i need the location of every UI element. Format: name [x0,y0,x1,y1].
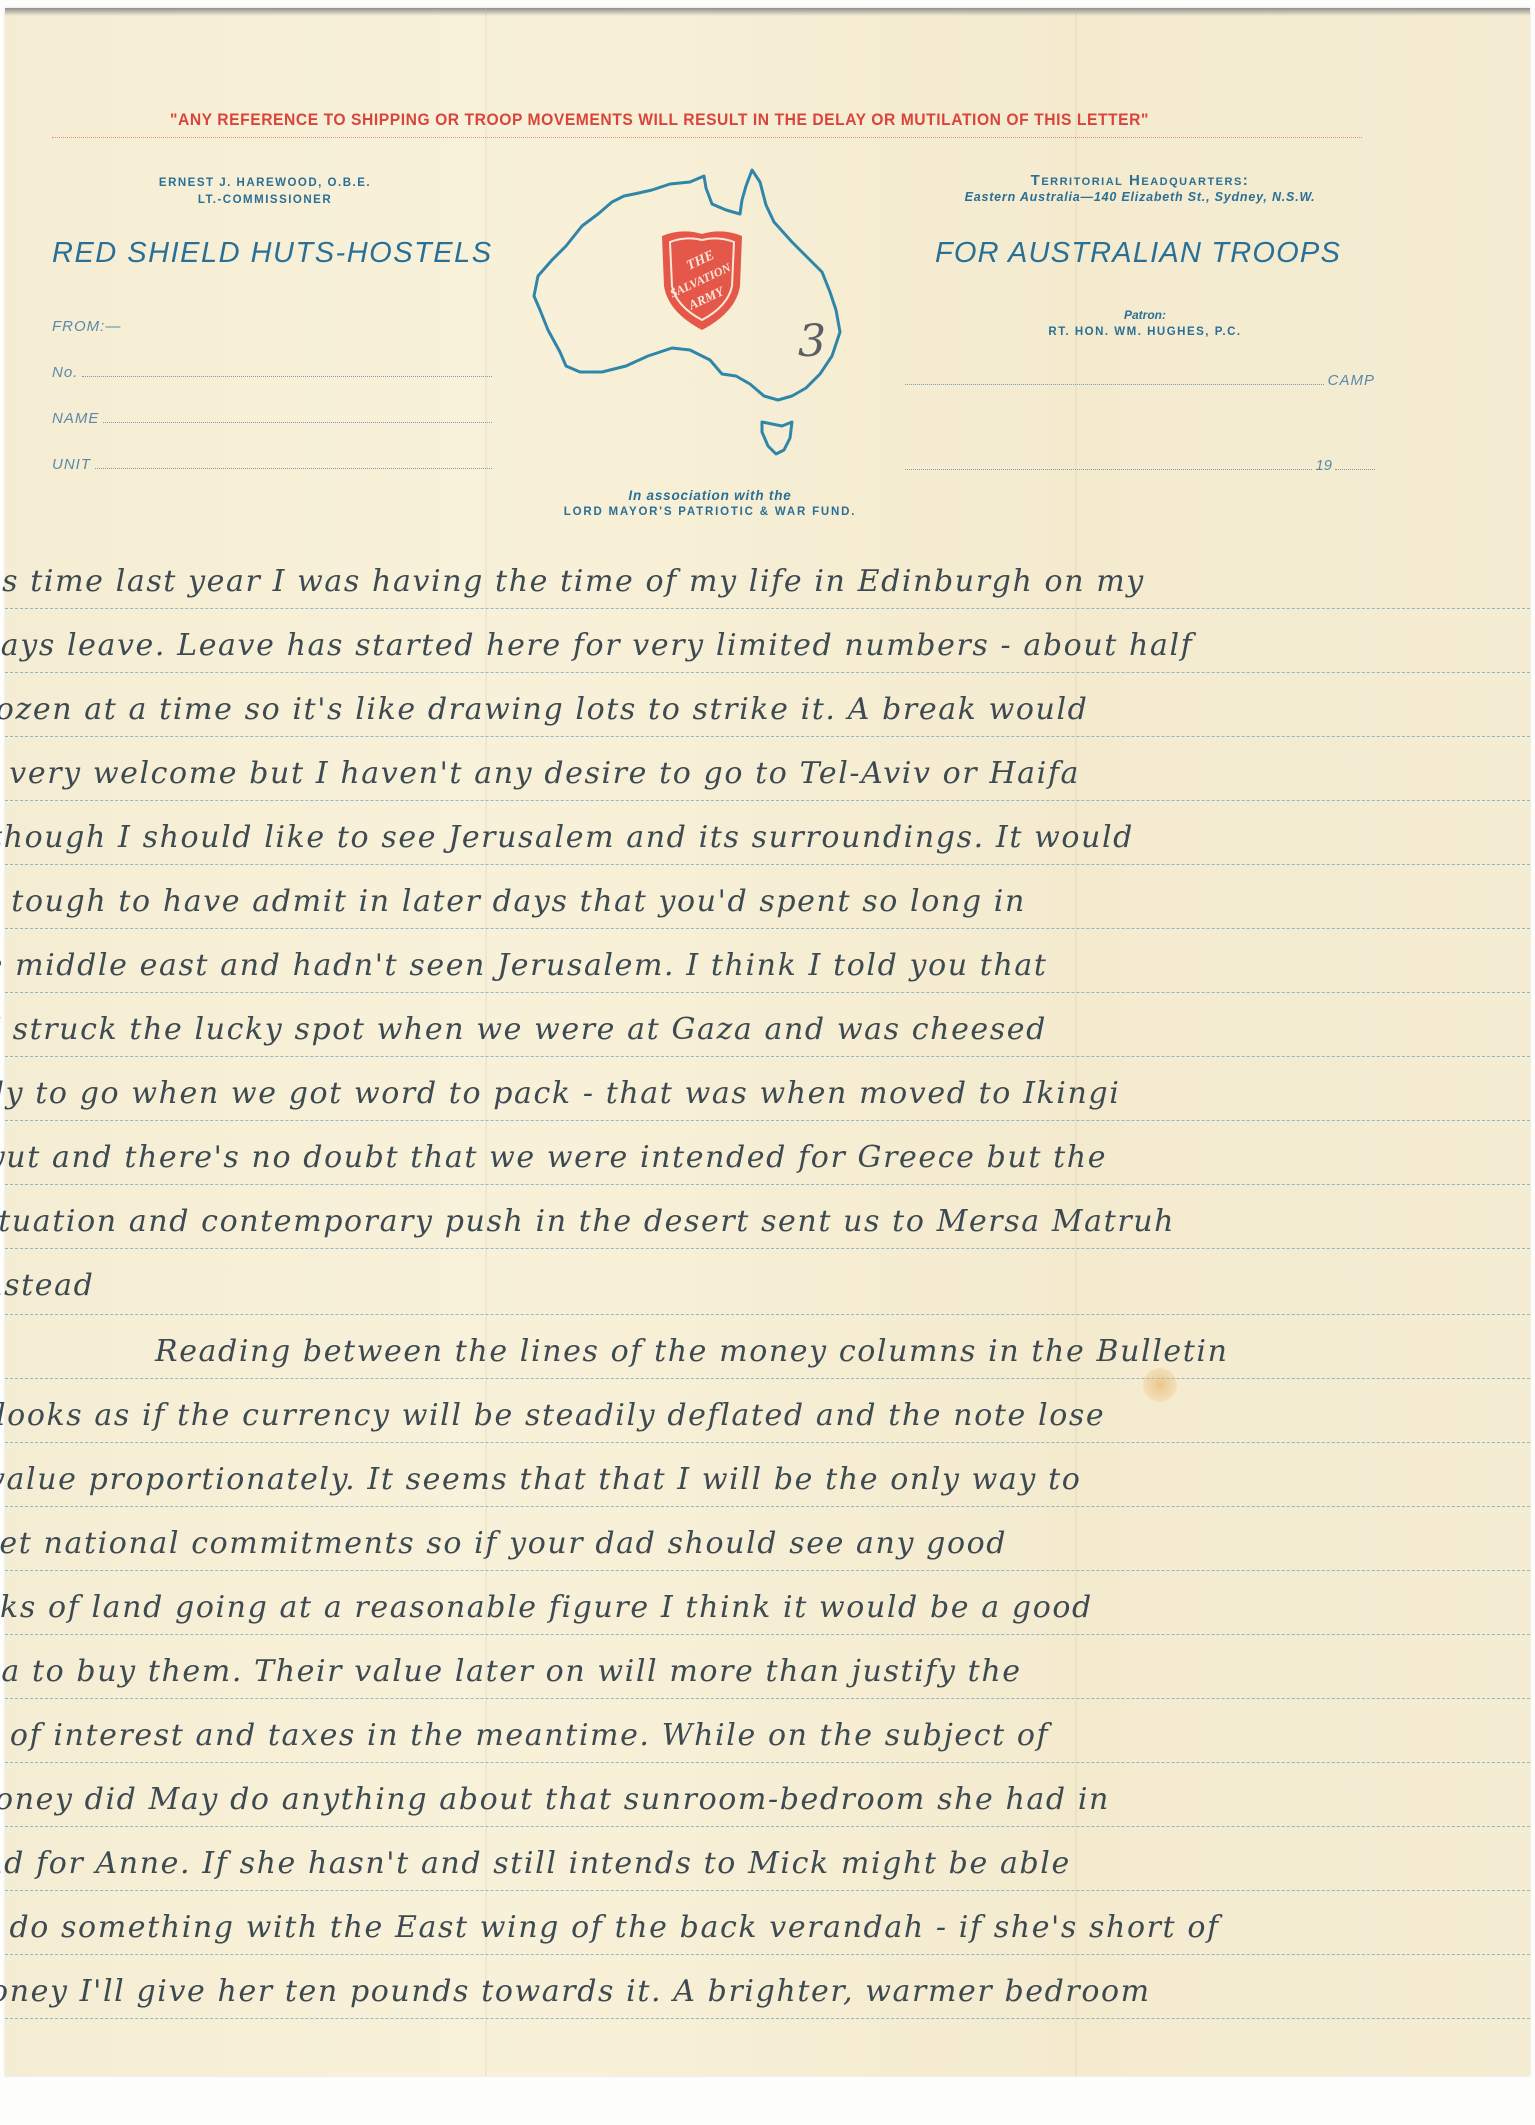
handwritten-line: instead [0,1254,1507,1318]
handwritten-line: be very welcome but I haven't any desire… [0,742,1493,806]
hq-title: Territorial Headquarters: [905,172,1375,189]
headquarters-block: Territorial Headquarters: Eastern Austra… [905,172,1375,206]
date-field: 19 [905,457,1375,474]
handwritten-line: blocks of land going at a reasonable fig… [0,1576,1465,1640]
handwritten-line: his time last year I was having the time… [0,550,1505,614]
officer-name: ERNEST J. HAREWOOD, O.B.E. [100,175,430,192]
handwritten-line: cost of interest and taxes in the meanti… [0,1704,1465,1768]
unit-field-line [95,467,492,469]
patron-name: RT. HON. WM. HUGHES, P.C. [990,324,1300,341]
handwritten-line: money I'll give her ten pounds towards i… [0,1960,1495,2024]
handwritten-line: meet national commitments so if your dad… [0,1512,1485,1576]
patron-block: Patron: RT. HON. WM. HUGHES, P.C. [990,307,1300,341]
handwritten-line: Reading between the lines of the money c… [0,1320,1535,1384]
camp-field-line [905,384,1324,385]
handwritten-line: it looks as if the currency will be stea… [0,1384,1495,1448]
officer-block: ERNEST J. HAREWOOD, O.B.E. LT.-COMMISSIO… [100,175,430,209]
camp-label: CAMP [1328,372,1375,389]
australia-map-emblem: THE SALVATION ARMY 3 [530,160,890,480]
form-row-no: No. [52,335,492,381]
handwritten-line: though I should like to see Jerusalem an… [0,806,1525,870]
year-field-line [1335,469,1375,470]
year-prefix: 19 [1315,457,1332,474]
handwritten-line: to do something with the East wing of th… [0,1896,1500,1960]
handwritten-line: value proportionately. It seems that tha… [0,1448,1523,1512]
form-row-from: FROM:— [52,305,492,335]
handwritten-line: money did May do anything about that sun… [0,1768,1500,1832]
handwritten-line: ready to go when we got word to pack - t… [0,1062,1465,1126]
red-shield-icon: THE SALVATION ARMY [662,231,742,330]
date-field-line [905,469,1312,470]
association-block: In association with the LORD MAYOR'S PAT… [510,487,910,521]
handwritten-line: idea to buy them. Their value later on w… [0,1640,1485,1704]
handwritten-line: be tough to have admit in later days tha… [0,870,1495,934]
handwritten-line: the middle east and hadn't seen Jerusale… [0,934,1485,998]
camp-field: CAMP [905,372,1375,389]
unit-label: UNIT [52,456,91,473]
handwritten-line: days leave. Leave has started here for v… [0,614,1515,678]
form-row-name: NAME [52,381,492,427]
warning-underline [52,137,1362,139]
association-line: In association with the [510,487,910,504]
page-number-annotation: 3 [798,316,826,367]
handwritten-line: Maryut and there's no doubt that we were… [0,1126,1455,1190]
name-field-line [103,421,492,423]
from-label: FROM:— [52,318,121,335]
handwritten-line: I struck the lucky spot when we were at … [0,998,1523,1062]
sender-form: FROM:— No. NAME UNIT [52,305,492,473]
form-row-unit: UNIT [52,427,492,473]
hq-address: Eastern Australia—140 Elizabeth St., Syd… [905,189,1375,206]
name-label: NAME [52,410,99,427]
no-label: No. [52,364,78,381]
handwritten-line: mind for Anne. If she hasn't and still i… [0,1832,1477,1896]
handwritten-line: dozen at a time so it's like drawing lot… [0,678,1510,742]
censorship-warning: "ANY REFERENCE TO SHIPPING OR TROOP MOVE… [50,110,1269,130]
title-left: RED SHIELD HUTS-HOSTELS [52,237,493,270]
officer-title: LT.-COMMISSIONER [100,192,430,209]
title-right: FOR AUSTRALIAN TROOPS [935,237,1341,270]
scan-top-edge-shadow [5,8,1530,16]
handwritten-line: situation and contemporary push in the d… [0,1190,1505,1254]
association-fund: LORD MAYOR'S PATRIOTIC & WAR FUND. [510,504,910,521]
no-field-line [82,375,492,377]
patron-label: Patron: [990,307,1300,324]
